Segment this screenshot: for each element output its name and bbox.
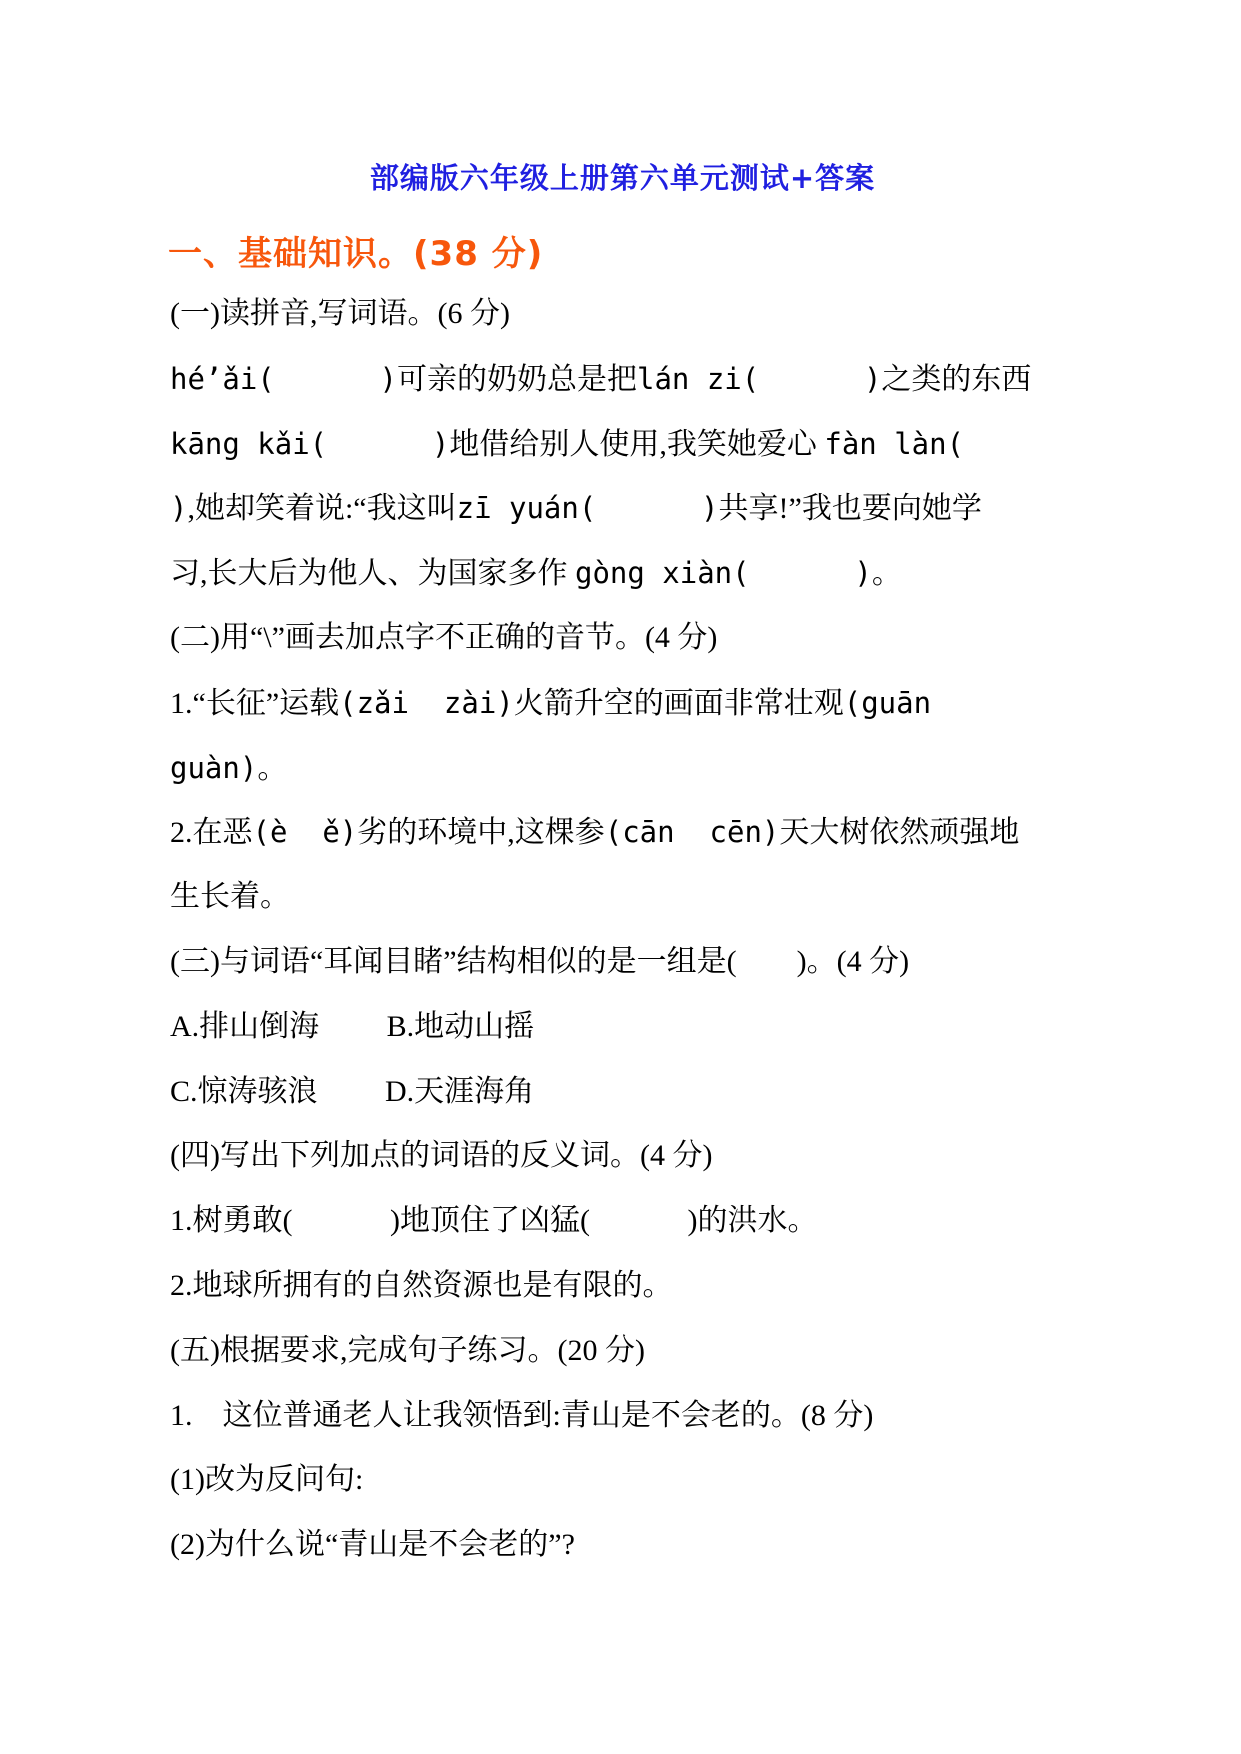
chinese-text: 生长着。: [170, 880, 290, 913]
chinese-text: 2.在恶: [170, 816, 253, 849]
chinese-text: C.惊涛骇浪 D.天涯海角: [170, 1075, 534, 1108]
document-title: 部编版六年级上册第六单元测试+答案: [170, 156, 1075, 197]
line-s2-item1-a: 1.“长征”运载(zǎi zài)火箭升空的画面非常壮观(guān: [170, 671, 1211, 736]
pinyin-text: kāng kǎi( ): [170, 427, 449, 461]
chinese-text: (二)用“\”画去加点字不正确的音节。(4 分): [170, 621, 717, 654]
pinyin-text: ): [170, 491, 187, 525]
chinese-text: (1)改为反问句:: [170, 1463, 363, 1496]
pinyin-text: gòng xiàn( ): [575, 556, 872, 590]
line-section5-prompt: (五)根据要求,完成句子练习。(20 分): [170, 1319, 1211, 1384]
line-s2-item2-b: 生长着。: [170, 865, 1211, 930]
line-s5-item1-sub2: (2)为什么说“青山是不会老的”?: [170, 1513, 1211, 1578]
section-heading: 一、基础知识。(38 分): [168, 226, 543, 275]
line-s4-item1: 1.树勇敢( )地顶住了凶猛( )的洪水。: [170, 1189, 1211, 1254]
chinese-text: 火箭升空的画面非常壮观: [514, 687, 844, 720]
pinyin-text: zī yuán( ): [457, 491, 719, 525]
line-pinyin-blank-3: ),她却笑着说:“我这叫zī yuán( )共享!”我也要向她学: [170, 476, 1211, 541]
line-section4-prompt: (四)写出下列加点的词语的反义词。(4 分): [170, 1124, 1211, 1189]
line-s5-item1-sub1: (1)改为反问句:: [170, 1448, 1211, 1513]
line-read-pinyin-prompt: (一)读拼音,写词语。(6 分): [170, 282, 1211, 347]
pinyin-text: lán zi( ): [637, 362, 881, 396]
chinese-text: A.排山倒海 B.地动山摇: [170, 1010, 534, 1043]
chinese-text: 地借给别人使用,我笑她爱心: [449, 428, 824, 461]
chinese-text: (三)与词语“耳闻目睹”结构相似的是一组是( )。(4 分): [170, 945, 909, 978]
line-s2-item1-b: guàn)。: [170, 736, 1211, 801]
chinese-text: 之类的东西: [881, 363, 1031, 396]
line-pinyin-blank-1: hé’ǎi( )可亲的奶奶总是把lán zi( )之类的东西: [170, 347, 1211, 412]
chinese-text: 共享!”我也要向她学: [719, 492, 982, 525]
line-section3-prompt: (三)与词语“耳闻目睹”结构相似的是一组是( )。(4 分): [170, 930, 1211, 995]
line-choices-ab: A.排山倒海 B.地动山摇: [170, 995, 1211, 1060]
line-s4-item2: 2.地球所拥有的自然资源也是有限的。: [170, 1254, 1211, 1319]
document-page: 部编版六年级上册第六单元测试+答案 一、基础知识。(38 分) (一)读拼音,写…: [0, 0, 1241, 1754]
pinyin-text: hé’ǎi( ): [170, 362, 397, 396]
chinese-text: 1. 这位普通老人让我领悟到:青山是不会老的。(8 分): [170, 1399, 873, 1432]
pinyin-text: (è ě): [253, 815, 358, 849]
chinese-text: 天大树依然顽强地: [779, 816, 1019, 849]
chinese-text: (四)写出下列加点的词语的反义词。(4 分): [170, 1139, 712, 1172]
line-pinyin-blank-2: kāng kǎi( )地借给别人使用,我笑她爱心 fàn làn(: [170, 412, 1211, 477]
pinyin-text: fàn làn(: [824, 427, 964, 461]
pinyin-text: (cān cēn): [605, 815, 780, 849]
pinyin-text: guàn): [170, 751, 257, 785]
chinese-text: 1.树勇敢( )地顶住了凶猛( )的洪水。: [170, 1204, 817, 1237]
chinese-text: 。: [257, 752, 287, 785]
chinese-text: (一)读拼音,写词语。(6 分): [170, 297, 510, 330]
chinese-text: 可亲的奶奶总是把: [397, 363, 637, 396]
chinese-text: 1.“长征”运载: [170, 687, 339, 720]
pinyin-text: (guān: [844, 686, 931, 720]
document-body: (一)读拼音,写词语。(6 分) hé’ǎi( )可亲的奶奶总是把lán zi(…: [170, 282, 1211, 1578]
line-pinyin-blank-4: 习,长大后为他人、为国家多作 gòng xiàn( )。: [170, 541, 1211, 606]
line-s5-item1: 1. 这位普通老人让我领悟到:青山是不会老的。(8 分): [170, 1384, 1211, 1449]
line-s2-item2-a: 2.在恶(è ě)劣的环境中,这棵参(cān cēn)天大树依然顽强地: [170, 800, 1211, 865]
chinese-text: 劣的环境中,这棵参: [357, 816, 605, 849]
chinese-text: ,她却笑着说:“我这叫: [187, 492, 456, 525]
line-section2-prompt: (二)用“\”画去加点字不正确的音节。(4 分): [170, 606, 1211, 671]
chinese-text: 。: [872, 557, 902, 590]
chinese-text: 习,长大后为他人、为国家多作: [170, 557, 575, 590]
chinese-text: (五)根据要求,完成句子练习。(20 分): [170, 1334, 645, 1367]
chinese-text: (2)为什么说“青山是不会老的”?: [170, 1528, 575, 1561]
pinyin-text: (zǎi zài): [339, 686, 514, 720]
line-choices-cd: C.惊涛骇浪 D.天涯海角: [170, 1060, 1211, 1125]
chinese-text: 2.地球所拥有的自然资源也是有限的。: [170, 1269, 673, 1302]
